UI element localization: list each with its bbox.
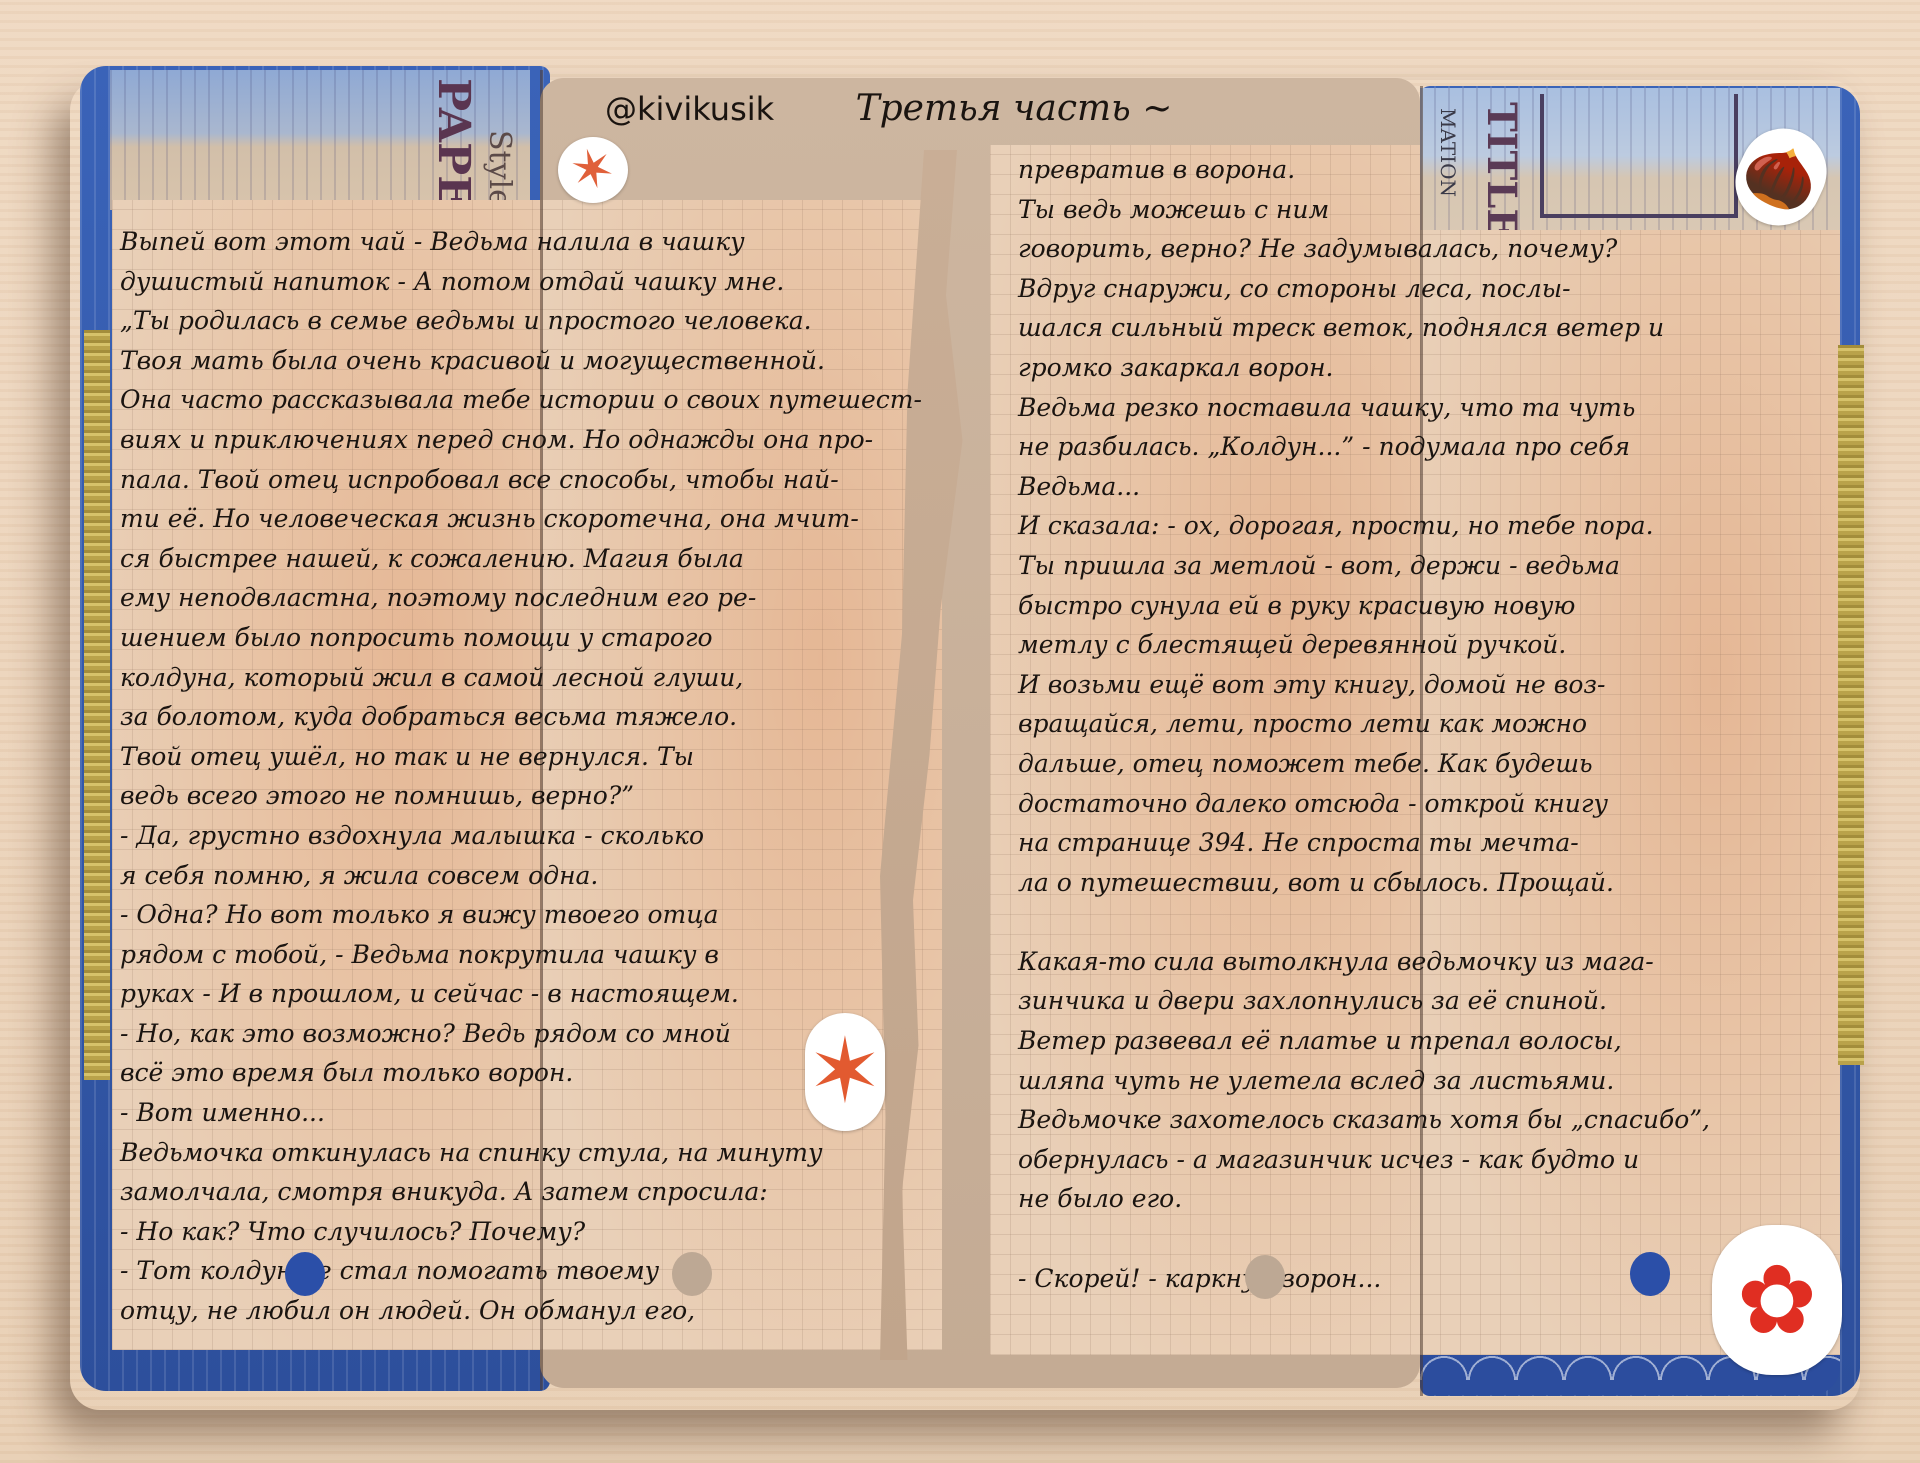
text-line: превратив в ворона. (1018, 150, 1710, 190)
text-line: - Да, грустно вздохнула малышка - скольк… (120, 816, 922, 856)
text-line: шением было попросить помощи у старого (120, 618, 922, 658)
chapter-title: Третья часть ~ (856, 88, 1173, 129)
text-line: Твоя мать была очень красивой и могущест… (120, 341, 922, 381)
text-line: Ты пришла за метлой - вот, держи - ведьм… (1018, 546, 1710, 586)
text-line: Ведьмочке захотелось сказать хотя бы „сп… (1018, 1100, 1710, 1140)
text-line: рядом с тобой, - Ведьма покрутила чашку … (120, 935, 922, 975)
star-icon: ✶ (564, 138, 622, 202)
text-line: Ветер развевал её платье и трепал волосы… (1018, 1021, 1710, 1061)
text-line: ся быстрее нашей, к сожалению. Магия был… (120, 539, 922, 579)
text-line: - Но как? Что случилось? Почему? (120, 1212, 922, 1252)
text-line: виях и приключениях перед сном. Но однаж… (120, 420, 922, 460)
text-line: быстро сунула ей в руку красивую новую (1018, 586, 1710, 626)
text-line: вращайся, лети, просто лети как можно (1018, 704, 1710, 744)
right-page-text: превратив в ворона.Ты ведь можешь с нимг… (1018, 150, 1710, 1298)
text-line: на странице 394. Не спроста ты мечта- (1018, 823, 1710, 863)
text-line: не разбилась. „Колдун...” - подумала про… (1018, 427, 1710, 467)
text-line: замолчала, смотря вникуда. А затем спрос… (120, 1172, 922, 1212)
text-line: говорить, верно? Не задумывалась, почему… (1018, 229, 1710, 269)
text-line: - Одна? Но вот только я вижу твоего отца (120, 895, 922, 935)
acorn-icon: 🌰 (1734, 134, 1827, 220)
text-line: Она часто рассказывала тебе истории о св… (120, 380, 922, 420)
text-line: ти её. Но человеческая жизнь скоротечна,… (120, 499, 922, 539)
text-line: Какая-то сила вытолкнула ведьмочку из ма… (1018, 942, 1710, 982)
text-line: И возьми ещё вот эту книгу, домой не воз… (1018, 665, 1710, 705)
left-gold-ribbon (84, 330, 110, 1080)
binder-hole (1245, 1255, 1285, 1299)
author-handle: @kivikusik (605, 90, 774, 128)
text-line: шляпа чуть не улетела вслед за листьями. (1018, 1061, 1710, 1101)
text-line: ведь всего этого не помнишь, верно?” (120, 776, 922, 816)
text-line: Ведьма... (1018, 467, 1710, 507)
text-line: - Но, как это возможно? Ведь рядом со мн… (120, 1014, 922, 1054)
text-line: дальше, отец поможет тебе. Как будешь (1018, 744, 1710, 784)
text-line: душистый напиток - А потом отдай чашку м… (120, 262, 922, 302)
text-line: Ведьма резко поставила чашку, что та чут… (1018, 388, 1710, 428)
text-line: Вдруг снаружи, со стороны леса, послы- (1018, 269, 1710, 309)
text-line: ему неподвластна, поэтому последним его … (120, 578, 922, 618)
text-line (1018, 1219, 1710, 1259)
text-line: Твой отец ушёл, но так и не вернулся. Ты (120, 737, 922, 777)
text-line: Ведьмочка откинулась на спинку стула, на… (120, 1133, 922, 1173)
star-icon: ✶ (807, 1027, 882, 1117)
left-newsprint-collage: PAPER Style (110, 70, 530, 210)
text-line: зинчика и двери захлопнулись за её спино… (1018, 981, 1710, 1021)
text-line: ла о путешествии, вот и сбылось. Прощай. (1018, 863, 1710, 903)
text-line: достаточно далеко отсюда - открой книгу (1018, 784, 1710, 824)
text-line: колдуна, который жил в самой лесной глуш… (120, 658, 922, 698)
text-line: не было его. (1018, 1179, 1710, 1219)
text-line: всё это время был только ворон. (120, 1053, 922, 1093)
binder-hole (1630, 1252, 1670, 1296)
text-line: И сказала: - ох, дорогая, прости, но теб… (1018, 506, 1710, 546)
collage-word-style: Style (482, 130, 517, 207)
text-line: „Ты родилась в семье ведьмы и простого ч… (120, 301, 922, 341)
text-line: отцу, не любил он людей. Он обманул его, (120, 1291, 922, 1331)
text-line: громко закаркал ворон. (1018, 348, 1710, 388)
text-line: руках - И в прошлом, и сейчас - в настоя… (120, 974, 922, 1014)
text-line: - Тот колдун не стал помогать твоему (120, 1251, 922, 1291)
left-page-text: Выпей вот этот чай - Ведьма налила в чаш… (120, 222, 922, 1331)
flower-icon: ✿ (1737, 1252, 1817, 1348)
text-line: метлу с блестящей деревянной ручкой. (1018, 625, 1710, 665)
text-line: Выпей вот этот чай - Ведьма налила в чаш… (120, 222, 922, 262)
text-line: Ты ведь можешь с ним (1018, 190, 1710, 230)
binder-hole (285, 1252, 325, 1296)
page-header: @kivikusik Третья часть ~ (605, 88, 1172, 129)
star-sticker: ✶ (805, 1013, 885, 1131)
right-gold-ribbon (1838, 345, 1864, 1065)
text-line: - Скорей! - каркнул ворон... (1018, 1259, 1710, 1299)
flower-sticker: ✿ (1712, 1225, 1842, 1375)
text-line: обернулась - а магазинчик исчез - как бу… (1018, 1140, 1710, 1180)
text-line: я себя помню, я жила совсем одна. (120, 856, 922, 896)
text-line: - Вот именно... (120, 1093, 922, 1133)
text-line: за болотом, куда добраться весьма тяжело… (120, 697, 922, 737)
text-line: пала. Твой отец испробовал все способы, … (120, 460, 922, 500)
star-sticker: ✶ (558, 137, 628, 203)
binder-hole (672, 1252, 712, 1296)
text-line (1018, 902, 1710, 942)
text-line: шался сильный треск веток, поднялся вете… (1018, 308, 1710, 348)
